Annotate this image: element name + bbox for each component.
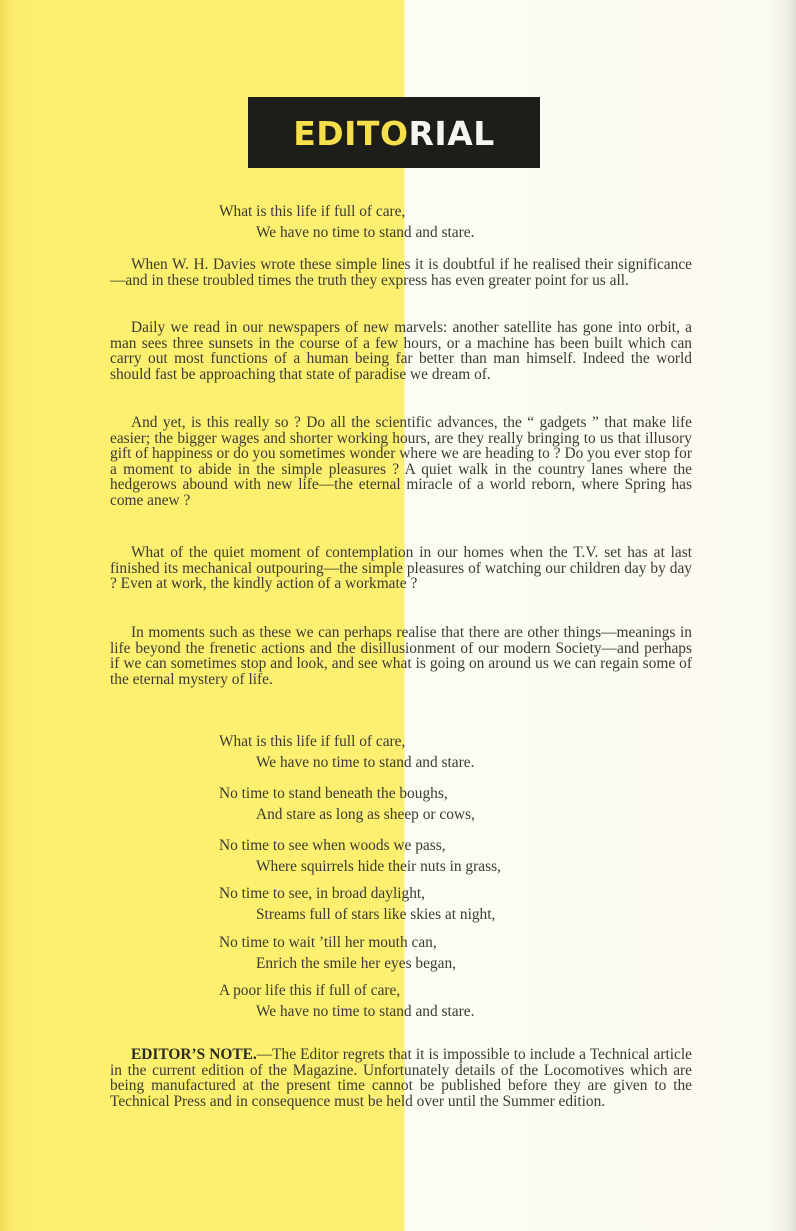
- poem-line: Streams full of stars like skies at nigh…: [219, 904, 495, 925]
- paragraph-1: When W. H. Davies wrote these simple lin…: [110, 257, 692, 288]
- verse-line: What is this life if full of care,: [219, 201, 474, 222]
- poem-line: No time to see when woods we pass,: [219, 835, 501, 856]
- poem-line: We have no time to stand and stare.: [219, 752, 474, 773]
- title-yellow-part: EDITO: [293, 114, 408, 153]
- poem-line: No time to wait ’till her mouth can,: [219, 932, 456, 953]
- poem-stanza-6: A poor life this if full of care, We hav…: [219, 980, 474, 1022]
- poem-line: What is this life if full of care,: [219, 731, 474, 752]
- poem-line: We have no time to stand and stare.: [219, 1001, 474, 1022]
- poem-line: No time to see, in broad daylight,: [219, 883, 495, 904]
- editorial-page: EDITORIAL What is this life if full of c…: [0, 0, 796, 1231]
- poem-line: And stare as long as sheep or cows,: [219, 804, 475, 825]
- poem-line: Where squirrels hide their nuts in grass…: [219, 856, 501, 877]
- page-title: EDITORIAL: [293, 114, 495, 153]
- verse-line: We have no time to stand and stare.: [219, 222, 474, 243]
- poem-line: Enrich the smile her eyes began,: [219, 953, 456, 974]
- opening-verse: What is this life if full of care, We ha…: [219, 201, 474, 243]
- paragraph-2: Daily we read in our newspapers of new m…: [110, 320, 692, 382]
- editors-note-label: EDITOR’S NOTE.: [131, 1046, 257, 1063]
- poem-stanza-3: No time to see when woods we pass, Where…: [219, 835, 501, 877]
- poem-line: A poor life this if full of care,: [219, 980, 474, 1001]
- paragraph-5: In moments such as these we can perhaps …: [110, 625, 692, 687]
- paragraph-3: And yet, is this really so ? Do all the …: [110, 415, 692, 509]
- poem-stanza-5: No time to wait ’till her mouth can, Enr…: [219, 932, 456, 974]
- poem-line: No time to stand beneath the boughs,: [219, 783, 475, 804]
- poem-stanza-4: No time to see, in broad daylight, Strea…: [219, 883, 495, 925]
- editorial-banner: EDITORIAL: [248, 97, 540, 168]
- paragraph-4: What of the quiet moment of contemplatio…: [110, 545, 692, 592]
- poem-stanza-2: No time to stand beneath the boughs, And…: [219, 783, 475, 825]
- title-white-part: RIAL: [409, 114, 495, 153]
- editors-note: EDITOR’S NOTE.—The Editor regrets that i…: [110, 1047, 692, 1109]
- poem-stanza-1: What is this life if full of care, We ha…: [219, 731, 474, 773]
